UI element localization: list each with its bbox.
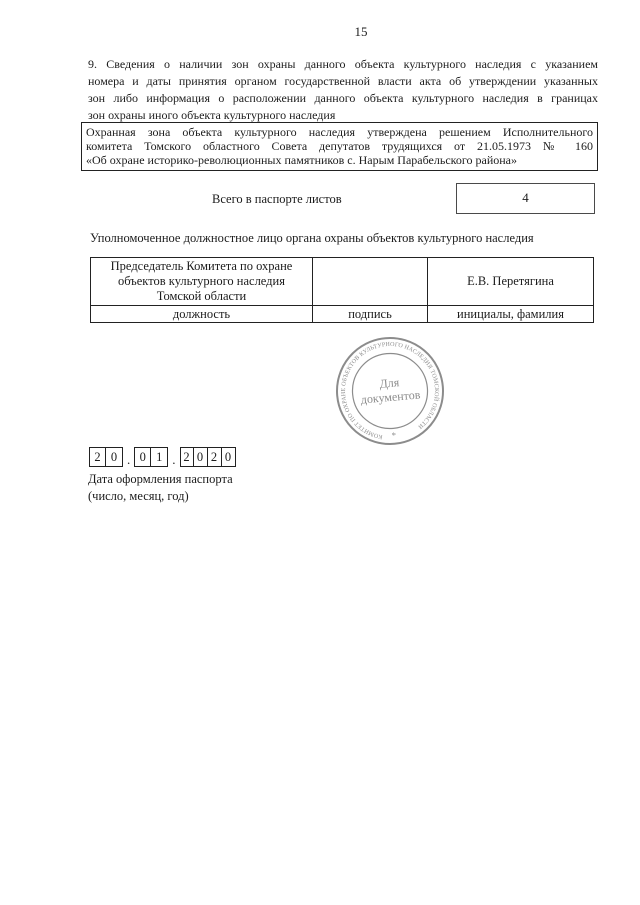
section9-line: номера и даты принятия органом государст… [88,73,598,90]
protection-zone-line: «Об охране историко-революционных памятн… [86,153,593,167]
protection-zone-textbox: Охранная зона объекта культурного наслед… [81,122,598,171]
issue-date-caption-line: (число, месяц, год) [88,488,233,505]
page-number: 15 [88,24,634,40]
official-name-cell: Е.В. Перетягина [428,258,594,306]
total-sheets-value-box: 4 [456,183,595,214]
date-digit-cell: 0 [106,447,123,467]
section9-line: зон либо информация о расположении данно… [88,90,598,107]
section9-paragraph: 9. Сведения о наличии зон охраны данного… [88,56,598,124]
official-position-line: объектов культурного наследия [91,274,312,289]
authorized-official-heading: Уполномоченное должностное лицо органа о… [90,231,610,246]
column-label-signature: подпись [313,306,428,323]
protection-zone-line: комитета Томского областного Совета депу… [86,139,593,153]
column-label-name: инициалы, фамилия [428,306,594,323]
date-digit-cell: 0 [134,447,151,467]
issue-date-cells: 2 0 . 0 1 . 2 0 2 0 [89,447,236,467]
date-day-group: 2 0 [89,447,123,467]
stamp-bottom-star: * [391,430,397,440]
issue-date-caption-line: Дата оформления паспорта [88,471,233,488]
official-position-line: Томской области [91,289,312,304]
round-stamp: КОМИТЕТ ПО ОХРАНЕ ОБЪЕКТОВ КУЛЬТУРНОГО Н… [320,321,460,461]
date-digit-cell: 0 [222,447,236,467]
date-digit-cell: 2 [89,447,106,467]
section9-line: 9. Сведения о наличии зон охраны данного… [88,56,598,73]
date-separator-dot: . [127,453,130,467]
date-digit-cell: 2 [180,447,194,467]
date-digit-cell: 1 [151,447,168,467]
document-page: 15 9. Сведения о наличии зон охраны данн… [0,0,640,905]
issue-date-caption: Дата оформления паспорта (число, месяц, … [88,471,233,504]
official-position-cell: Председатель Комитета по охране объектов… [91,258,313,306]
column-label-position: должность [91,306,313,323]
date-separator-dot: . [172,453,175,467]
signature-table: Председатель Комитета по охране объектов… [90,257,594,323]
stamp-center-text-line2: документов [360,387,421,406]
official-position-line: Председатель Комитета по охране [91,259,312,274]
date-month-group: 0 1 [134,447,168,467]
total-sheets-label: Всего в паспорте листов [212,192,342,207]
protection-zone-line: Охранная зона объекта культурного наслед… [86,125,593,139]
date-digit-cell: 0 [194,447,208,467]
signature-cell [313,258,428,306]
date-year-group: 2 0 2 0 [180,447,236,467]
date-digit-cell: 2 [208,447,222,467]
